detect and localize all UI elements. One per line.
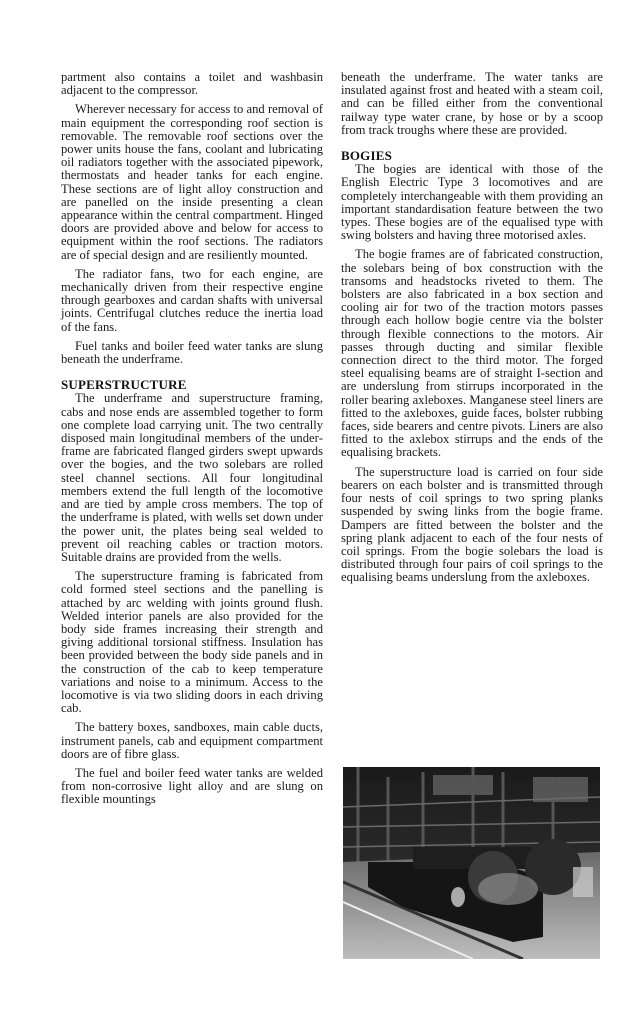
- paragraph: The fuel and boiler feed water tanks are…: [61, 767, 323, 807]
- paragraph: The battery boxes, sandboxes, main cable…: [61, 721, 323, 761]
- paragraph: The superstructure framing is fabricated…: [61, 570, 323, 715]
- paragraph: Wherever necessary for access to and rem…: [61, 103, 323, 261]
- paragraph: The radiator fans, two for each engine, …: [61, 268, 323, 334]
- paragraph: The bogie frames are of fabricated const…: [341, 248, 603, 459]
- bogie-workshop-photo: [343, 767, 600, 959]
- section-heading-superstructure: SUPERSTRUCTURE: [61, 378, 323, 391]
- paragraph: partment also contains a toilet and wash…: [61, 71, 323, 97]
- paragraph: beneath the underframe. The water tanks …: [341, 71, 603, 137]
- right-column: beneath the underframe. The water tanks …: [341, 71, 603, 591]
- left-column: partment also contains a toilet and wash…: [61, 71, 323, 813]
- section-heading-bogies: BOGIES: [341, 149, 603, 162]
- paragraph: Fuel tanks and boiler feed water tanks a…: [61, 340, 323, 366]
- paragraph: The superstructure load is carried on fo…: [341, 466, 603, 585]
- paragraph: The bogies are identical with those of t…: [341, 163, 603, 242]
- photo-illustration: [343, 767, 600, 959]
- paragraph: The underframe and superstructure framin…: [61, 392, 323, 564]
